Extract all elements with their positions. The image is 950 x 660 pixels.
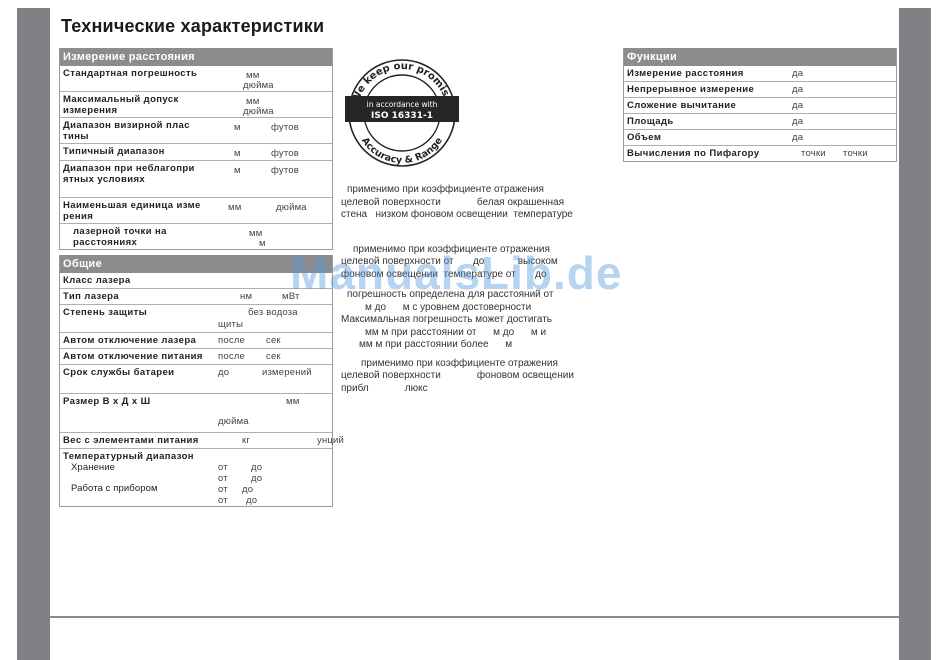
- table-row: Диапазон визирной плас тинымфутов: [60, 118, 332, 144]
- range-from: от: [218, 473, 228, 484]
- footnote-line: применимо при коэффициенте отражения: [341, 358, 621, 371]
- row-label: Диапазон при неблагопри ятных условиях: [63, 163, 218, 185]
- badge-band-line2: ISO 16331-1: [371, 111, 433, 121]
- footnote: применимо при коэффициенте отраженияцеле…: [341, 358, 621, 396]
- functions-table: Функции Измерение расстояниядаНепрерывно…: [623, 48, 897, 162]
- table-row: Максимальный допуск измеренияммдюйма: [60, 92, 332, 118]
- range-to: до: [246, 495, 257, 506]
- row-value: да: [792, 68, 803, 79]
- right-page-edge: [899, 8, 931, 660]
- row-value-unit: сек: [266, 335, 281, 346]
- footnote-line: м до м с уровнем достоверности: [341, 302, 621, 315]
- footnote-line: прибл люкс: [341, 383, 621, 396]
- row-value-unit: дюйма: [243, 106, 274, 117]
- footnote-line: целевой поверхности белая окрашенная: [341, 197, 621, 210]
- row-label: Срок службы батареи: [63, 367, 218, 378]
- range-from: от: [218, 484, 228, 495]
- operation-label: Работа с прибором: [63, 483, 329, 494]
- badge-band-line1: in accordance with: [367, 100, 438, 109]
- row-label: Температурный диапазон: [63, 451, 263, 462]
- row-label: Автом отключение лазера: [63, 335, 218, 346]
- row-value-unit: дюйма: [276, 202, 307, 213]
- row-value-unit: дюйма: [218, 416, 249, 427]
- row-value: м: [234, 148, 241, 159]
- footnote-line: фоновом освещении температуре от до: [341, 269, 621, 282]
- table-header: Общие: [60, 255, 332, 273]
- range-to: до: [251, 462, 262, 473]
- table-row: Непрерывное измерениеда: [624, 82, 896, 98]
- page-title: Технические характеристики: [61, 16, 324, 37]
- table-row: Сложение вычитаниеда: [624, 98, 896, 114]
- table-row: Площадьда: [624, 114, 896, 130]
- row-value: мм: [228, 202, 241, 213]
- row-value: нм: [240, 291, 252, 302]
- range-from: от: [218, 495, 228, 506]
- footnote-line: целевой поверхности фоновом освещении: [341, 370, 621, 383]
- row-value-unit: футов: [271, 122, 299, 133]
- row-label: Диапазон визирной плас тины: [63, 120, 218, 142]
- row-value: мм: [286, 396, 299, 407]
- footnote-line: погрешность определена для расстояний от: [341, 289, 621, 302]
- row-label: Максимальный допуск измерения: [63, 94, 218, 116]
- storage-label: Хранение: [63, 462, 329, 473]
- footnote-line: применимо при коэффициенте отражения: [341, 244, 621, 257]
- table-row: Тип лазеранммВт: [60, 289, 332, 305]
- row-label: Сложение вычитание: [627, 100, 797, 111]
- footnote-line: Максимальная погрешность может достигать: [341, 314, 621, 327]
- footnote: погрешность определена для расстояний от…: [341, 289, 621, 352]
- table-row: Размер В х Д х Шммдюйма: [60, 394, 332, 433]
- row-value: без водоза: [248, 307, 298, 318]
- table-row: лазерной точки на расстоянияхммм: [60, 224, 332, 249]
- row-label: Размер В х Д х Ш: [63, 396, 218, 407]
- row-value-unit: дюйма: [243, 80, 274, 91]
- row-label: Автом отключение питания: [63, 351, 218, 362]
- footnote: применимо при коэффициенте отраженияцеле…: [341, 184, 621, 222]
- table-row: Вес с элементами питаниякгунций: [60, 433, 332, 449]
- table-row: Автом отключение питанияпослесек: [60, 349, 332, 365]
- footnote-line: стена низком фоновом освещении температу…: [341, 209, 621, 222]
- table-row: Срок службы батареидоизмерений: [60, 365, 332, 394]
- footnote-line: мм м при расстоянии более м: [341, 339, 621, 352]
- table-row: Вычисления по Пифагоруточкиточки: [624, 146, 896, 161]
- row-value: да: [792, 132, 803, 143]
- row-value: да: [792, 100, 803, 111]
- general-specs-table: Общие Класс лазераТип лазеранммВтСтепень…: [59, 255, 333, 507]
- row-label: Наименьшая единица изме рения: [63, 200, 218, 222]
- table-row: Стандартная погрешностьммдюйма: [60, 66, 332, 92]
- row-label: Степень защиты: [63, 307, 218, 318]
- footer-rule: [50, 616, 899, 618]
- table-row: Измерение расстоянияда: [624, 66, 896, 82]
- row-label: Стандартная погрешность: [63, 68, 218, 79]
- table-row: Объемда: [624, 130, 896, 146]
- table-row: Наименьшая единица изме ренияммдюйма: [60, 198, 332, 224]
- row-value: после: [218, 351, 245, 362]
- row-label: лазерной точки на расстояниях: [63, 226, 228, 248]
- iso-accuracy-badge: We keep our promise Accuracy & Range in …: [343, 58, 461, 168]
- range-from: от: [218, 462, 228, 473]
- row-value-unit: футов: [271, 165, 299, 176]
- row-label: Тип лазера: [63, 291, 218, 302]
- row-value-2: точки: [843, 148, 868, 159]
- range-to: до: [251, 473, 262, 484]
- table-row: Степень защитыбез водозащиты: [60, 305, 332, 333]
- table-row: Автом отключение лазерапослесек: [60, 333, 332, 349]
- row-value: да: [792, 116, 803, 127]
- distance-measurement-table: Измерение расстояния Стандартная погрешн…: [59, 48, 333, 250]
- row-label: Объем: [627, 132, 797, 143]
- footnote-line: целевой поверхности от до высоком: [341, 256, 621, 269]
- table-row: Класс лазера: [60, 273, 332, 289]
- table-header: Функции: [624, 48, 896, 66]
- row-value-unit: щиты: [218, 319, 243, 330]
- footnote: применимо при коэффициенте отраженияцеле…: [341, 244, 621, 282]
- row-label: Типичный диапазон: [63, 146, 218, 157]
- left-page-edge: [17, 8, 50, 660]
- table-row: Диапазон при неблагопри ятных условияхмф…: [60, 161, 332, 198]
- row-label: Вычисления по Пифагору: [627, 148, 797, 159]
- table-row: Температурный диапазонХранениеРабота с п…: [60, 449, 332, 506]
- footnotes: применимо при коэффициенте отраженияцеле…: [341, 184, 621, 395]
- row-value-unit: м: [259, 238, 266, 249]
- range-to: до: [242, 484, 253, 495]
- row-value: после: [218, 335, 245, 346]
- row-value: до: [218, 367, 229, 378]
- row-value: точки: [801, 148, 826, 159]
- row-label: Площадь: [627, 116, 797, 127]
- row-value: м: [234, 122, 241, 133]
- footnote-line: мм м при расстоянии от м до м и: [341, 327, 621, 340]
- row-label: Класс лазера: [63, 275, 218, 286]
- row-value-unit: мВт: [282, 291, 300, 302]
- row-label: Измерение расстояния: [627, 68, 797, 79]
- table-row: Типичный диапазонмфутов: [60, 144, 332, 161]
- row-value: да: [792, 84, 803, 95]
- row-value-unit: футов: [271, 148, 299, 159]
- row-value-unit: измерений: [262, 367, 312, 378]
- row-value-unit: унций: [317, 435, 344, 446]
- row-label: Вес с элементами питания: [63, 435, 218, 446]
- row-value-unit: сек: [266, 351, 281, 362]
- row-value: кг: [242, 435, 250, 446]
- row-label: Непрерывное измерение: [627, 84, 797, 95]
- table-header: Измерение расстояния: [60, 48, 332, 66]
- footnote-line: применимо при коэффициенте отражения: [341, 184, 621, 197]
- row-value: м: [234, 165, 241, 176]
